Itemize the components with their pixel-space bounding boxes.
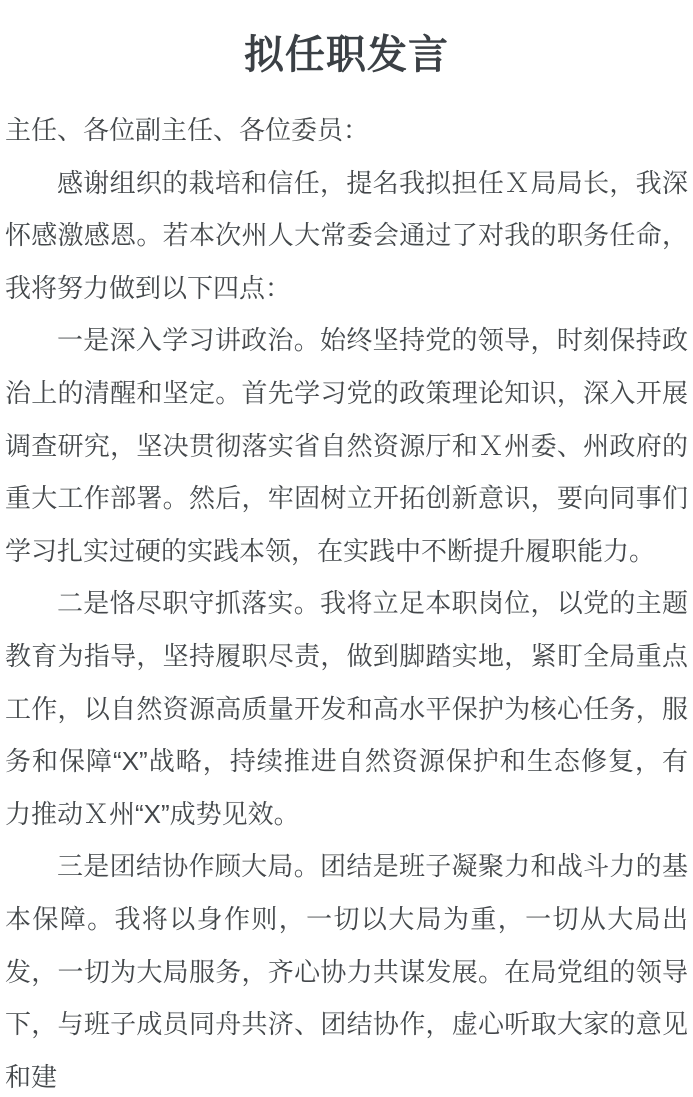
- document-body: 主任、各位副主任、各位委员： 感谢组织的栽培和信任，提名我拟担任Ｘ局局长，我深怀…: [0, 104, 693, 1097]
- document-page: 拟任职发言 主任、各位副主任、各位委员： 感谢组织的栽培和信任，提名我拟担任Ｘ局…: [0, 0, 693, 1097]
- paragraph-point-1: 一是深入学习讲政治。始终坚持党的领导，时刻保持政治上的清醒和坚定。首先学习党的政…: [5, 314, 688, 577]
- salutation-line: 主任、各位副主任、各位委员：: [5, 104, 688, 157]
- document-title: 拟任职发言: [0, 30, 693, 80]
- paragraph-point-2: 二是恪尽职守抓落实。我将立足本职岗位，以党的主题教育为指导，坚持履职尽责，做到脚…: [5, 577, 688, 840]
- paragraph-intro: 感谢组织的栽培和信任，提名我拟担任Ｘ局局长，我深怀感激感恩。若本次州人大常委会通…: [5, 157, 688, 315]
- paragraph-point-3: 三是团结协作顾大局。团结是班子凝聚力和战斗力的基本保障。我将以身作则，一切以大局…: [5, 840, 688, 1097]
